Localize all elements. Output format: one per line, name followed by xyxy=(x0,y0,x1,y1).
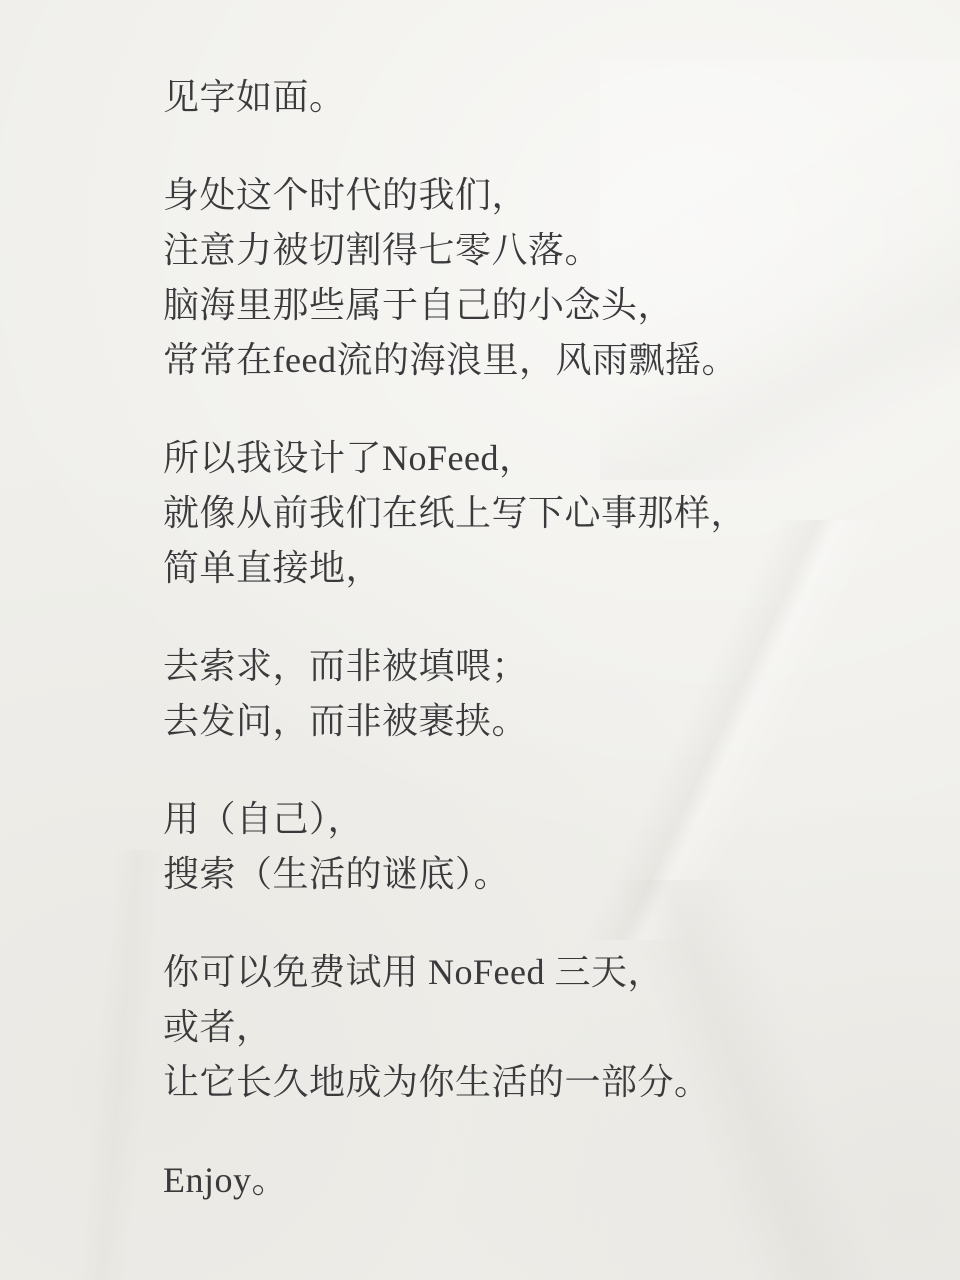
letter-line: 去索求，而非被填喂； xyxy=(163,639,910,694)
letter-page: 见字如面。 身处这个时代的我们， 注意力被切割得七零八落。 脑海里那些属于自己的… xyxy=(0,0,960,1280)
letter-line: 去发问，而非被裹挟。 xyxy=(163,694,910,749)
letter-line: 所以我设计了NoFeed， xyxy=(163,431,910,486)
letter-line: 让它长久地成为你生活的一部分。 xyxy=(163,1055,910,1110)
letter-body: 见字如面。 身处这个时代的我们， 注意力被切割得七零八落。 脑海里那些属于自己的… xyxy=(163,70,910,1208)
paragraph-design: 所以我设计了NoFeed， 就像从前我们在纸上写下心事那样， 简单直接地， xyxy=(163,431,910,596)
letter-line: 就像从前我们在纸上写下心事那样， xyxy=(163,486,910,541)
letter-line: Enjoy。 xyxy=(163,1153,910,1208)
letter-line: 脑海里那些属于自己的小念头， xyxy=(163,278,910,333)
letter-line: 注意力被切割得七零八落。 xyxy=(163,223,910,278)
letter-line: 用（自己）， xyxy=(163,792,910,847)
letter-line: 常常在feed流的海浪里，风雨飘摇。 xyxy=(163,333,910,388)
letter-line: 见字如面。 xyxy=(163,70,910,125)
letter-line: 身处这个时代的我们， xyxy=(163,168,910,223)
letter-line: 搜索（生活的谜底）。 xyxy=(163,847,910,902)
paragraph-greeting: 见字如面。 xyxy=(163,70,910,125)
paragraph-trial: 你可以免费试用 NoFeed 三天， 或者， 让它长久地成为你生活的一部分。 xyxy=(163,945,910,1110)
paragraph-principles: 去索求，而非被填喂； 去发问，而非被裹挟。 xyxy=(163,639,910,749)
paragraph-context: 身处这个时代的我们， 注意力被切割得七零八落。 脑海里那些属于自己的小念头， 常… xyxy=(163,168,910,388)
paragraph-usage: 用（自己）， 搜索（生活的谜底）。 xyxy=(163,792,910,902)
letter-line: 你可以免费试用 NoFeed 三天， xyxy=(163,945,910,1000)
letter-line: 简单直接地， xyxy=(163,541,910,596)
letter-line: 或者， xyxy=(163,1000,910,1055)
paragraph-signoff: Enjoy。 xyxy=(163,1153,910,1208)
